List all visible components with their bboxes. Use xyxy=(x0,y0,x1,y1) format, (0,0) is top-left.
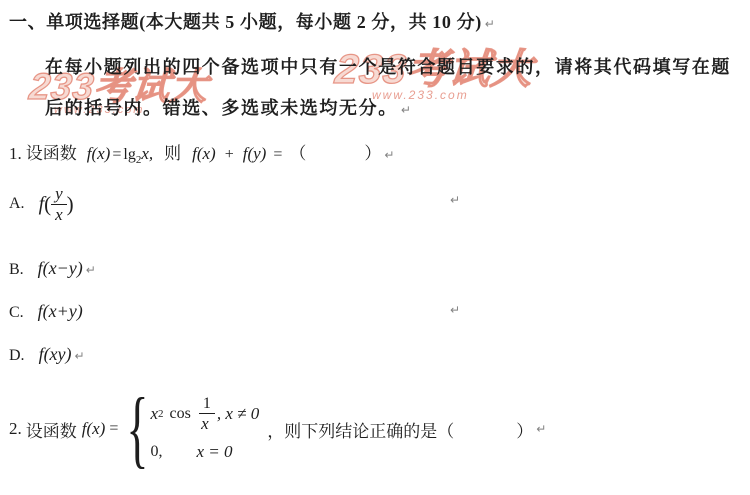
option-d-label: D. xyxy=(9,347,25,364)
section-heading-text: 一、单项选择题(本大题共 5 小题，每小题 2 分，共 10 分) xyxy=(9,12,482,32)
piecewise-brace: { xyxy=(126,385,148,472)
option-a: A. f(yx) xyxy=(9,180,74,228)
piecewise-cases: x2cos1x, x ≠ 0 0,x = 0 xyxy=(150,396,259,463)
option-c: C.f(x+y) xyxy=(9,301,83,322)
paragraph-mark-icon: ↵ xyxy=(450,193,460,207)
case-2-value: 0, xyxy=(150,443,162,461)
piecewise-case-2: 0,x = 0 xyxy=(150,442,259,462)
option-b-formula: f(x−y) xyxy=(38,258,83,278)
paragraph-mark-icon: ↵ xyxy=(485,17,496,31)
answer-paren-open: （ xyxy=(289,144,306,163)
case-2-condition: x = 0 xyxy=(196,442,232,462)
instructions-line-1: 在每小题列出的四个备选项中只有一个是符合题目要求的，请将其代码填写在题 xyxy=(45,53,731,79)
exam-document-page: 233考试大 www.233.com 233考试大 www.233.com 一、… xyxy=(0,0,750,495)
instructions-text-1: 在每小题列出的四个备选项中只有一个是符合题目要求的，请将其代码填写在题 xyxy=(45,57,731,77)
question-2: 2. 设函数 f(x) = { x2cos1x, x ≠ 0 0,x = 0 ，… xyxy=(9,383,546,475)
question-1-lead: 设函数 xyxy=(26,144,77,163)
math-fy: f(y) xyxy=(243,144,267,163)
question-2-tail: ，则下列结论正确的是（ xyxy=(267,417,454,442)
math-log: lg xyxy=(123,146,135,163)
math-paren-close: ) xyxy=(67,192,74,217)
question-1-then: 则 xyxy=(164,144,181,163)
paragraph-mark-icon: ↵ xyxy=(86,263,96,277)
fraction-numerator: y xyxy=(51,185,67,205)
math-equals: = xyxy=(112,146,121,163)
paragraph-mark-icon: ↵ xyxy=(536,422,546,436)
math-log-arg: x, xyxy=(141,144,153,163)
math-paren-open: ( xyxy=(44,192,51,217)
option-c-label: C. xyxy=(9,304,24,321)
math-equals: = xyxy=(273,146,282,163)
question-2-number: 2. xyxy=(9,419,22,439)
option-d: D.f(xy)↵ xyxy=(9,344,85,365)
case-1-condition: , x ≠ 0 xyxy=(217,404,259,424)
math-plus: + xyxy=(225,146,234,163)
math-x: x xyxy=(150,404,158,424)
question-1: 1. 设函数 f(x)=lg2x, 则 f(x) + f(y) = （）↵ xyxy=(9,139,394,166)
math-cos: cos xyxy=(170,405,191,423)
math-fx: f(x) xyxy=(82,419,106,439)
paragraph-mark-icon: ↵ xyxy=(75,349,85,363)
question-1-number: 1. xyxy=(9,144,22,163)
option-b-label: B. xyxy=(9,261,24,278)
fraction-numerator: 1 xyxy=(199,396,215,415)
piecewise-case-1: x2cos1x, x ≠ 0 xyxy=(150,396,259,434)
instructions-line-2: 后的括号内。错选、多选或未选均无分。↵ xyxy=(45,94,412,120)
option-c-formula: f(x+y) xyxy=(38,301,83,321)
option-d-formula: f(xy) xyxy=(39,344,72,364)
question-2-lead: 设函数 xyxy=(26,417,77,442)
option-a-label: A. xyxy=(9,195,25,213)
fraction-y-over-x: yx xyxy=(51,185,67,224)
paragraph-mark-icon: ↵ xyxy=(401,103,413,117)
section-heading: 一、单项选择题(本大题共 5 小题，每小题 2 分，共 10 分)↵ xyxy=(9,8,495,34)
paragraph-mark-icon: ↵ xyxy=(450,303,460,317)
math-fx: f(x) xyxy=(87,144,111,163)
option-b: B.f(x−y)↵ xyxy=(9,258,96,279)
math-equals: = xyxy=(109,420,118,438)
instructions-text-2: 后的括号内。错选、多选或未选均无分。 xyxy=(45,98,398,118)
answer-paren-close: ） xyxy=(364,144,381,163)
math-exponent: 2 xyxy=(158,408,164,420)
fraction-denominator: x xyxy=(51,205,67,224)
paragraph-mark-icon: ↵ xyxy=(384,148,394,162)
fraction-1-over-x: 1x xyxy=(193,396,217,434)
math-fx: f(x) xyxy=(192,144,216,163)
fraction-denominator: x xyxy=(193,414,217,433)
answer-paren-close: ） xyxy=(516,417,533,442)
